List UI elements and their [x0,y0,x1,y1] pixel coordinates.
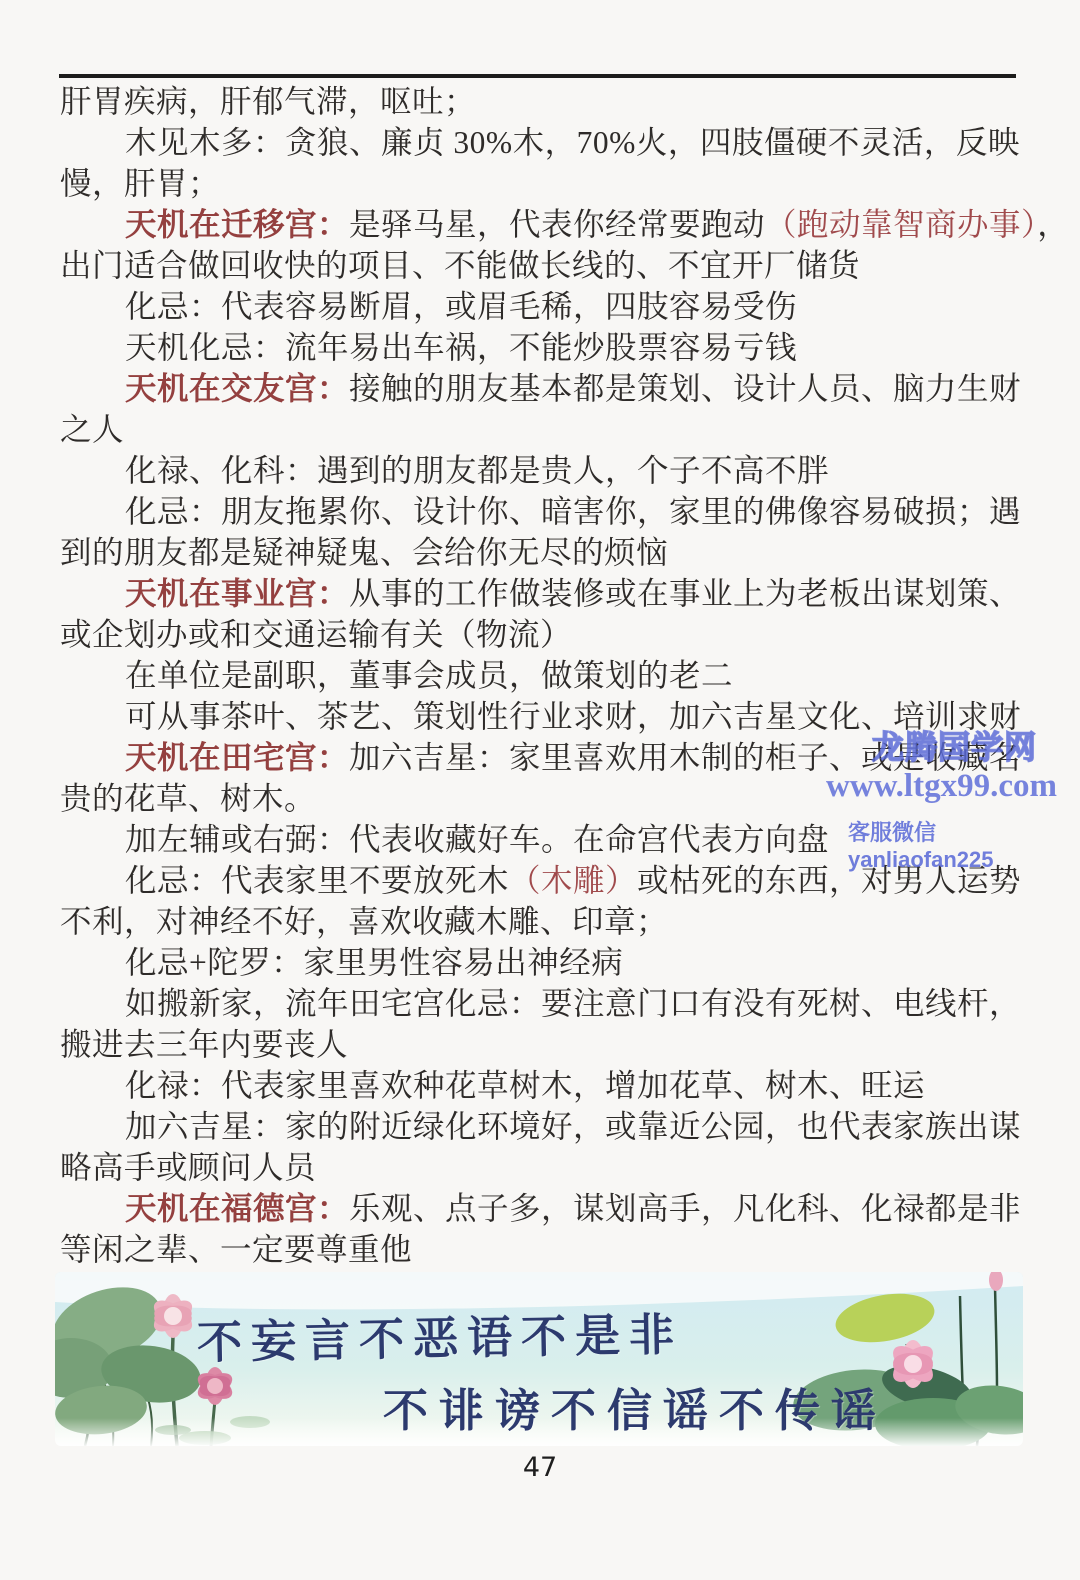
text-segment: 或枯死的东西，对男人运势 [637,863,1021,898]
header-divider [59,74,1016,78]
text-segment: 贵的花草、树木。 [60,781,316,816]
text-segment: 或企划办或和交通运输有关（物流） [60,617,572,652]
text-segment: 从事的工作做装修或在事业上为老板出谋划策、 [349,576,1021,611]
text-segment: 木见木多：贪狼、廉贞 30%木，70%火，四肢僵硬不灵活，反映 [125,125,1020,160]
text-segment: 肝胃疾病，肝郁气滞，呕吐； [60,84,476,119]
text-line: 出门适合做回收快的项目、不能做长线的、不宜开厂储货 [60,245,1040,286]
text-line: 不利，对神经不好，喜欢收藏木雕、印章； [60,901,1040,942]
text-segment: 化忌：代表家里不要放死木 [125,863,509,898]
text-segment: ， [1037,207,1069,242]
text-block: 肝胃疾病，肝郁气滞，呕吐；木见木多：贪狼、廉贞 30%木，70%火，四肢僵硬不灵… [60,81,1040,1270]
text-segment: 化忌+陀罗：家里男性容易出神经病 [125,945,623,980]
text-segment: （木雕） [509,863,637,898]
text-line: 天机在迁移宫：是驿马星，代表你经常要跑动（跑动靠智商办事）， [60,204,1040,245]
banner-motto-line2: 不诽谤不信谣不传谣 [383,1374,887,1439]
text-line: 天机在福德宫：乐观、点子多，谋划高手，凡化科、化禄都是非 [60,1188,1040,1229]
text-line: 略高手或顾问人员 [60,1147,1040,1188]
palace-heading: 天机在交友宫： [125,371,349,406]
text-segment: 化禄、化科：遇到的朋友都是贵人，个子不高不胖 [125,453,829,488]
palace-heading: 天机在事业宫： [125,576,349,611]
text-line: 肝胃疾病，肝郁气滞，呕吐； [60,81,1040,122]
text-segment: 化禄：代表家里喜欢种花草树木，增加花草、树木、旺运 [125,1068,925,1103]
text-segment: 如搬新家，流年田宅宫化忌：要注意门口有没有死树、电线杆， [125,986,1021,1021]
text-segment: 化忌：代表容易断眉，或眉毛稀，四肢容易受伤 [125,289,797,324]
text-segment: 乐观、点子多，谋划高手，凡化科、化禄都是非 [349,1191,1021,1226]
text-line: 在单位是副职，董事会成员，做策划的老二 [60,655,1040,696]
text-segment: 到的朋友都是疑神疑鬼、会给你无尽的烦恼 [60,535,668,570]
text-line: 天机化忌：流年易出车祸，不能炒股票容易亏钱 [60,327,1040,368]
text-segment: 加六吉星：家的附近绿化环境好，或靠近公园，也代表家族出谋 [125,1109,1021,1144]
text-line: 搬进去三年内要丧人 [60,1024,1040,1065]
text-line: 化忌：代表容易断眉，或眉毛稀，四肢容易受伤 [60,286,1040,327]
text-line: 加六吉星：家的附近绿化环境好，或靠近公园，也代表家族出谋 [60,1106,1040,1147]
text-segment: 略高手或顾问人员 [60,1150,316,1185]
banner-motto-line1: 不妄言不恶语不是非 [196,1298,683,1371]
text-segment: 不利，对神经不好，喜欢收藏木雕、印章； [60,904,668,939]
text-line: 化忌：朋友拖累你、设计你、暗害你，家里的佛像容易破损；遇 [60,491,1040,532]
text-segment: 之人 [60,412,124,447]
text-line: 天机在交友宫：接触的朋友基本都是策划、设计人员、脑力生财 [60,368,1040,409]
text-line: 如搬新家，流年田宅宫化忌：要注意门口有没有死树、电线杆， [60,983,1040,1024]
text-line: 木见木多：贪狼、廉贞 30%木，70%火，四肢僵硬不灵活，反映 [60,122,1040,163]
palace-heading: 天机在福德宫： [125,1191,349,1226]
text-segment: 化忌：朋友拖累你、设计你、暗害你，家里的佛像容易破损；遇 [125,494,1021,529]
text-line: 化忌+陀罗：家里男性容易出神经病 [60,942,1040,983]
text-segment: （跑动靠智商办事） [765,207,1037,242]
text-segment: 可从事茶叶、茶艺、策划性行业求财，加六吉星文化、培训求财 [125,699,1021,734]
text-segment: 加左辅或右弼：代表收藏好车。在命宫代表方向盘 [125,822,829,857]
text-line: 贵的花草、树木。 [60,778,1040,819]
text-line: 或企划办或和交通运输有关（物流） [60,614,1040,655]
text-segment: 在单位是副职，董事会成员，做策划的老二 [125,658,733,693]
text-line: 天机在田宅宫：加六吉星：家里喜欢用木制的柜子、或是收藏名 [60,737,1040,778]
text-segment: 搬进去三年内要丧人 [60,1027,348,1062]
text-line: 等闲之辈、一定要尊重他 [60,1229,1040,1270]
text-segment: 等闲之辈、一定要尊重他 [60,1232,412,1267]
text-line: 加左辅或右弼：代表收藏好车。在命宫代表方向盘 [60,819,1040,860]
text-line: 天机在事业宫：从事的工作做装修或在事业上为老板出谋划策、 [60,573,1040,614]
text-line: 慢，肝胃； [60,163,1040,204]
text-segment: 加六吉星：家里喜欢用木制的柜子、或是收藏名 [349,740,1021,775]
text-line: 之人 [60,409,1040,450]
text-segment: 慢，肝胃； [60,166,220,201]
text-line: 化忌：代表家里不要放死木（木雕）或枯死的东西，对男人运势 [60,860,1040,901]
text-segment: 接触的朋友基本都是策划、设计人员、脑力生财 [349,371,1021,406]
text-line: 到的朋友都是疑神疑鬼、会给你无尽的烦恼 [60,532,1040,573]
text-line: 可从事茶叶、茶艺、策划性行业求财，加六吉星文化、培训求财 [60,696,1040,737]
text-line: 化禄、化科：遇到的朋友都是贵人，个子不高不胖 [60,450,1040,491]
text-line: 化禄：代表家里喜欢种花草树木，增加花草、树木、旺运 [60,1065,1040,1106]
lotus-banner: 不妄言不恶语不是非 不诽谤不信谣不传谣 [55,1272,1023,1446]
palace-heading: 天机在田宅宫： [125,740,349,775]
text-segment: 是驿马星，代表你经常要跑动 [349,207,765,242]
text-segment: 天机化忌：流年易出车祸，不能炒股票容易亏钱 [125,330,797,365]
text-segment: 出门适合做回收快的项目、不能做长线的、不宜开厂储货 [60,248,860,283]
page-number: 47 [0,1452,1080,1483]
palace-heading: 天机在迁移宫： [125,207,349,242]
document-page: 肝胃疾病，肝郁气滞，呕吐；木见木多：贪狼、廉贞 30%木，70%火，四肢僵硬不灵… [0,0,1080,1580]
